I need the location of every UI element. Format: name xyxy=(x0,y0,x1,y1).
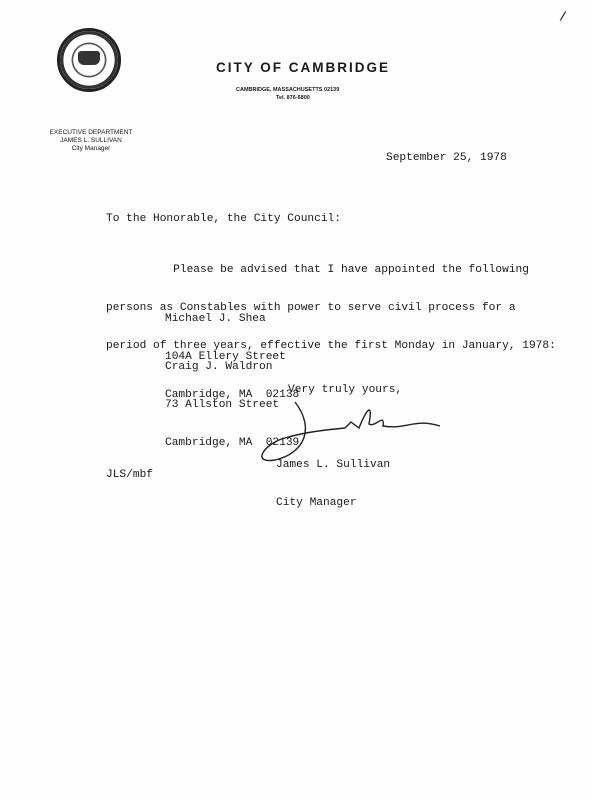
signer-name: James L. Sullivan xyxy=(276,459,390,472)
appointee-name: Michael J. Shea xyxy=(165,313,299,326)
signature-block: James L. Sullivan City Manager xyxy=(276,434,390,522)
page-mark: / xyxy=(559,8,567,24)
appointee-name: Craig J. Waldron xyxy=(165,361,299,374)
signer-title: City Manager xyxy=(276,497,390,510)
reference-initials: JLS/mbf xyxy=(106,469,153,482)
closing: Very truly yours, xyxy=(288,384,402,397)
letter-date: September 25, 1978 xyxy=(386,152,507,165)
official-name: JAMES L. SULLIVAN xyxy=(40,137,142,145)
official-title: City Manager xyxy=(40,145,142,153)
city-seal-icon xyxy=(57,28,121,92)
department-block: EXECUTIVE DEPARTMENT JAMES L. SULLIVAN C… xyxy=(40,129,142,153)
body-line: Please be advised that I have appointed … xyxy=(106,264,556,277)
letterhead-title: CITY OF CAMBRIDGE xyxy=(216,60,390,75)
letterhead-telephone: Tel. 876-6800 xyxy=(276,95,310,101)
letterhead-address: CAMBRIDGE, MASSACHUSETTS 02139 xyxy=(236,87,339,93)
salutation: To the Honorable, the City Council: xyxy=(106,213,341,226)
department-name: EXECUTIVE DEPARTMENT xyxy=(40,129,142,137)
